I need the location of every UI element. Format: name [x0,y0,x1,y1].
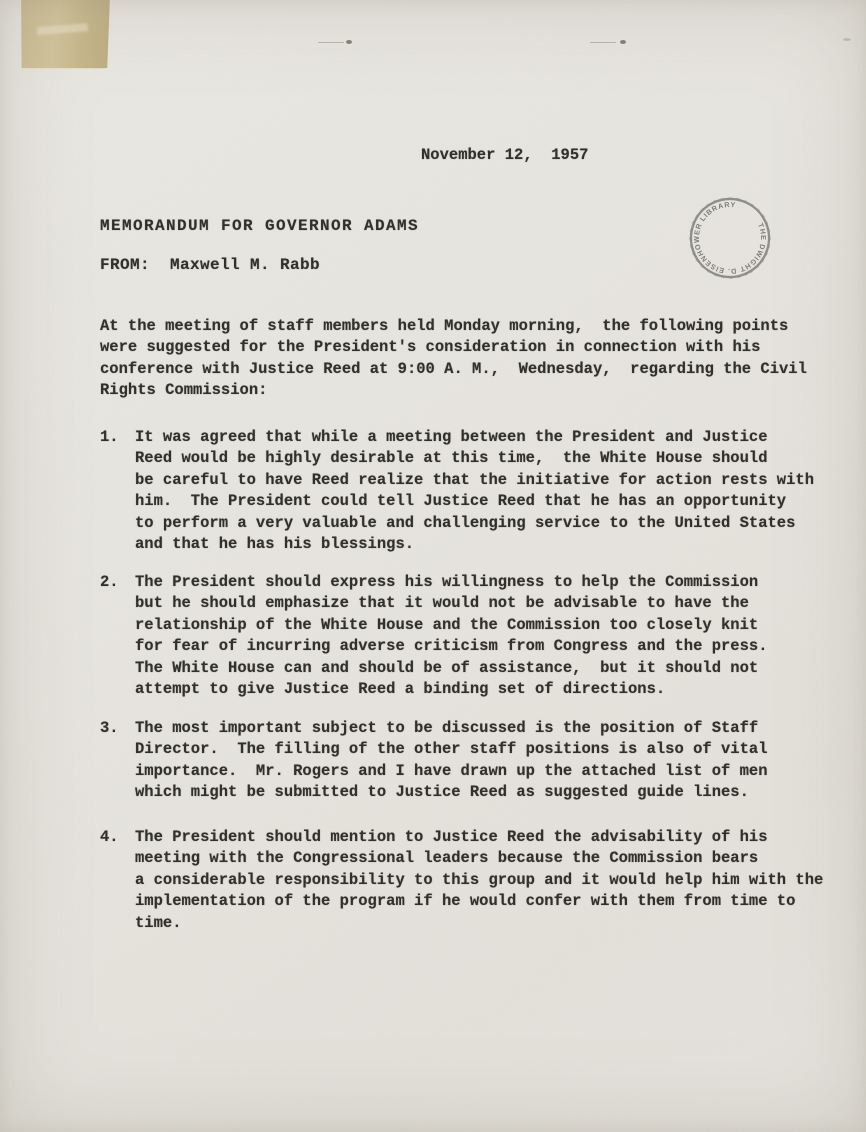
stamp-text: THE DWIGHT D. EISENHOWER LIBRARY [679,187,781,289]
memo-item-1: 1. It was agreed that while a meeting be… [100,427,860,555]
paper-speck [843,38,851,41]
memo-item-3: 3. The most important subject to be disc… [100,718,860,804]
item-text: The most important subject to be discuss… [135,718,860,804]
item-text: The President should mention to Justice … [135,827,860,934]
from-line: FROM: Maxwell M. Rabb [100,255,320,276]
scan-vignette [0,0,866,1132]
memo-item-4: 4. The President should mention to Justi… [100,827,860,934]
tape-residue [18,0,113,72]
paper-speck [620,40,626,44]
intro-paragraph: At the meeting of staff members held Mon… [100,316,840,402]
scan-scratch [318,42,344,43]
item-number: 3. [100,718,119,739]
memo-heading: MEMORANDUM FOR GOVERNOR ADAMS [100,216,419,237]
memo-document: November 12, 1957 MEMORANDUM FOR GOVERNO… [0,0,866,1132]
date-line: November 12, 1957 [421,145,588,166]
scan-scratch [590,42,616,43]
item-number: 1. [100,427,119,448]
paper-texture [0,0,866,1132]
item-number: 2. [100,572,119,593]
item-text: The President should express his willing… [135,572,860,700]
library-stamp-icon: THE DWIGHT D. EISENHOWER LIBRARY [666,174,794,302]
svg-text:THE DWIGHT D. EISENHOWER LIBRA: THE DWIGHT D. EISENHOWER LIBRARY [679,187,781,289]
memo-item-2: 2. The President should express his will… [100,572,860,700]
paper-speck [346,40,352,44]
item-number: 4. [100,827,119,848]
item-text: It was agreed that while a meeting betwe… [135,427,860,555]
